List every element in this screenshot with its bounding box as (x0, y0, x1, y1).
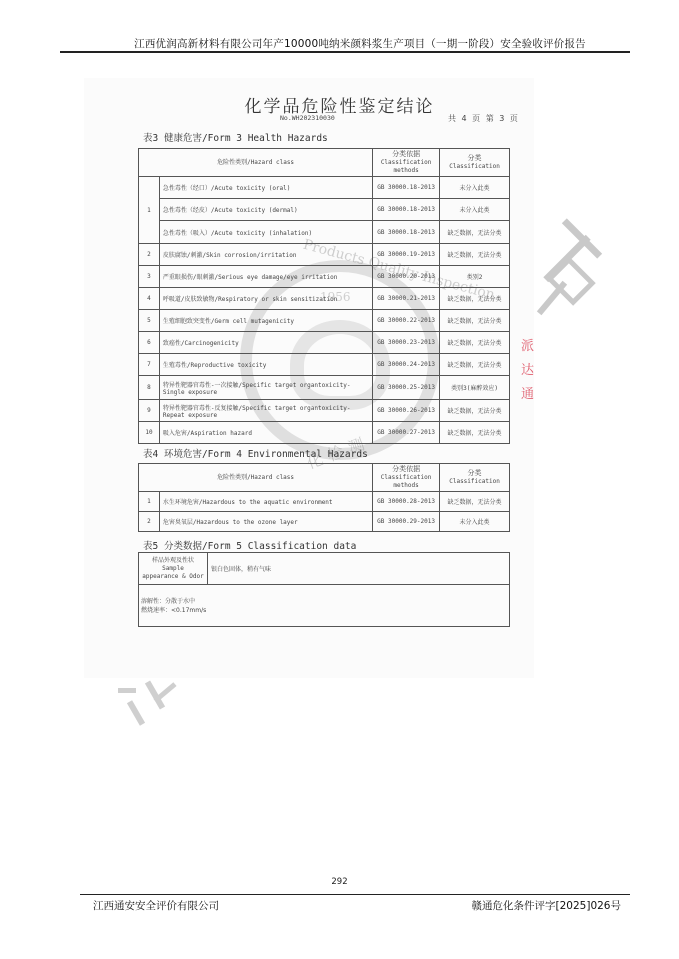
row-number: 10 (139, 422, 160, 444)
classification-method: GB 30000.27-2013 (373, 422, 440, 444)
hazard-class-name: 生殖毒性/Reproductive toxicity (159, 354, 372, 376)
table-row: 急性毒性（经皮）/Acute toxicity (dermal)GB 30000… (139, 199, 510, 221)
col-header-hazard-class: 危险性类别/Hazard class (139, 464, 373, 492)
hazard-class-name: 呼吸道/皮肤致敏物/Respiratory or skin sensitizat… (159, 288, 372, 310)
side-seal-fragment: 派达通 (521, 335, 535, 407)
classification-method: GB 30000.18-2013 (373, 221, 440, 244)
table-row: 1水生环境危害/Hazardous to the aquatic environ… (139, 492, 510, 512)
hazard-class-name: 急性毒性（吸入）/Acute toxicity (inhalation) (159, 221, 372, 244)
col-header-hazard-class: 危险性类别/Hazard class (139, 149, 373, 177)
row-number: 3 (139, 266, 160, 288)
footer-rule (80, 894, 630, 895)
classification-result: 类别2 (440, 266, 510, 288)
classification-method: GB 30000.26-2013 (373, 400, 440, 422)
col-header-method: 分类依据Classification methods (373, 464, 440, 492)
properties-cell: 溶解性：分散于水中 燃烧速率：<0.17mm/s (139, 585, 510, 627)
hazard-class-name: 吸入危害/Aspiration hazard (159, 422, 372, 444)
classification-method: GB 30000.18-2013 (373, 177, 440, 199)
table-row: 2危害臭氧层/Hazardous to the ozone layerGB 30… (139, 512, 510, 532)
row-number: 4 (139, 288, 160, 310)
appearance-value: 银白色固体，稍有气味 (208, 553, 510, 585)
classification-method: GB 30000.21-2013 (373, 288, 440, 310)
table-row: 4呼吸道/皮肤致敏物/Respiratory or skin sensitiza… (139, 288, 510, 310)
page-of-indicator: 共 4 页 第 3 页 (448, 113, 519, 124)
hazard-class-name: 致癌性/Carcinogenicity (159, 332, 372, 354)
classification-result: 缺乏数据，无法分类 (440, 492, 510, 512)
classification-method: GB 30000.20-2013 (373, 266, 440, 288)
table-row: 8特异性靶器官毒性-一次接触/Specific target organtoxi… (139, 376, 510, 400)
form3-title: 表3 健康危害/Form 3 Health Hazards (143, 130, 328, 144)
classification-method: GB 30000.25-2013 (373, 376, 440, 400)
row-number: 5 (139, 310, 160, 332)
col-header-classification: 分类Classification (440, 464, 510, 492)
classification-result: 缺乏数据，无法分类 (440, 310, 510, 332)
footer-document-reference: 赣通危化条件评字[2025]026号 (472, 898, 621, 913)
classification-result: 类别3(麻醉效应) (440, 376, 510, 400)
classification-result: 缺乏数据，无法分类 (440, 400, 510, 422)
hazard-class-name: 严重眼损伤/眼刺激/Serious eye damage/eye irritat… (159, 266, 372, 288)
burn-rate-text: 燃烧速率：<0.17mm/s (141, 607, 206, 614)
classification-method: GB 30000.18-2013 (373, 199, 440, 221)
row-number: 2 (139, 512, 160, 532)
classification-result: 未分入此类 (440, 177, 510, 199)
table-row: 2皮肤腐蚀/刺激/Skin corrosion/irritationGB 300… (139, 244, 510, 266)
col-header-method: 分类依据Classification methods (373, 149, 440, 177)
classification-method: GB 30000.28-2013 (373, 492, 440, 512)
certificate-title: 化学品危险性鉴定结论 (0, 92, 679, 117)
environmental-hazards-table: 危险性类别/Hazard class 分类依据Classification me… (138, 463, 510, 532)
page-number: 292 (0, 877, 679, 887)
solubility-text: 溶解性：分散于水中 (141, 598, 195, 605)
company-watermark-fragment-right (537, 215, 617, 310)
hazard-class-name: 特异性靶器官毒性-反复接触/Specific target organtoxic… (159, 400, 372, 422)
row-number: 8 (139, 376, 160, 400)
header-rule (60, 51, 630, 53)
classification-result: 缺乏数据，无法分类 (440, 288, 510, 310)
classification-method: GB 30000.19-2013 (373, 244, 440, 266)
page-header-title: 江西优润高新材料有限公司年产10000吨纳米颜料浆生产项目（一期一阶段）安全验收… (90, 36, 630, 51)
table-row: 10吸入危害/Aspiration hazardGB 30000.27-2013… (139, 422, 510, 444)
hazard-class-name: 危害臭氧层/Hazardous to the ozone layer (159, 512, 372, 532)
health-hazards-table: 危险性类别/Hazard class 分类依据Classification me… (138, 148, 510, 444)
row-number: 1 (139, 177, 160, 244)
hazard-class-name: 特异性靶器官毒性-一次接触/Specific target organtoxic… (159, 376, 372, 400)
classification-method: GB 30000.23-2013 (373, 332, 440, 354)
hazard-class-name: 急性毒性（经皮）/Acute toxicity (dermal) (159, 199, 372, 221)
table-row: 5生殖细胞致突变性/Germ cell mutagenicityGB 30000… (139, 310, 510, 332)
appearance-label: 样品外观及性状 Sample appearance & Odor (139, 553, 208, 585)
footer-company: 江西通安安全评价有限公司 (93, 898, 219, 913)
classification-result: 缺乏数据，无法分类 (440, 332, 510, 354)
row-number: 1 (139, 492, 160, 512)
row-number: 6 (139, 332, 160, 354)
row-number: 2 (139, 244, 160, 266)
table-row: 急性毒性（吸入）/Acute toxicity (inhalation)GB 3… (139, 221, 510, 244)
classification-result: 未分入此类 (440, 199, 510, 221)
certificate-number: No.WH202310030 (280, 114, 335, 122)
classification-method: GB 30000.22-2013 (373, 310, 440, 332)
table-row: 6致癌性/CarcinogenicityGB 30000.23-2013缺乏数据… (139, 332, 510, 354)
classification-method: GB 30000.24-2013 (373, 354, 440, 376)
classification-result: 未分入此类 (440, 512, 510, 532)
classification-result: 缺乏数据，无法分类 (440, 422, 510, 444)
classification-result: 缺乏数据，无法分类 (440, 221, 510, 244)
table-row: 1急性毒性（经口）/Acute toxicity (oral)GB 30000.… (139, 177, 510, 199)
classification-data-table: 样品外观及性状 Sample appearance & Odor 银白色固体，稍… (138, 552, 510, 627)
row-number: 7 (139, 354, 160, 376)
table-row: 7生殖毒性/Reproductive toxicityGB 30000.24-2… (139, 354, 510, 376)
classification-result: 缺乏数据，无法分类 (440, 354, 510, 376)
table-row: 9特异性靶器官毒性-反复接触/Specific target organtoxi… (139, 400, 510, 422)
row-number: 9 (139, 400, 160, 422)
hazard-class-name: 皮肤腐蚀/刺激/Skin corrosion/irritation (159, 244, 372, 266)
classification-method: GB 30000.29-2013 (373, 512, 440, 532)
form5-title: 表5 分类数据/Form 5 Classification data (143, 538, 356, 552)
form4-title: 表4 环境危害/Form 4 Environmental Hazards (143, 446, 368, 460)
hazard-class-name: 生殖细胞致突变性/Germ cell mutagenicity (159, 310, 372, 332)
classification-result: 缺乏数据，无法分类 (440, 244, 510, 266)
col-header-classification: 分类Classification (440, 149, 510, 177)
hazard-class-name: 急性毒性（经口）/Acute toxicity (oral) (159, 177, 372, 199)
hazard-class-name: 水生环境危害/Hazardous to the aquatic environm… (159, 492, 372, 512)
table-row: 3严重眼损伤/眼刺激/Serious eye damage/eye irrita… (139, 266, 510, 288)
